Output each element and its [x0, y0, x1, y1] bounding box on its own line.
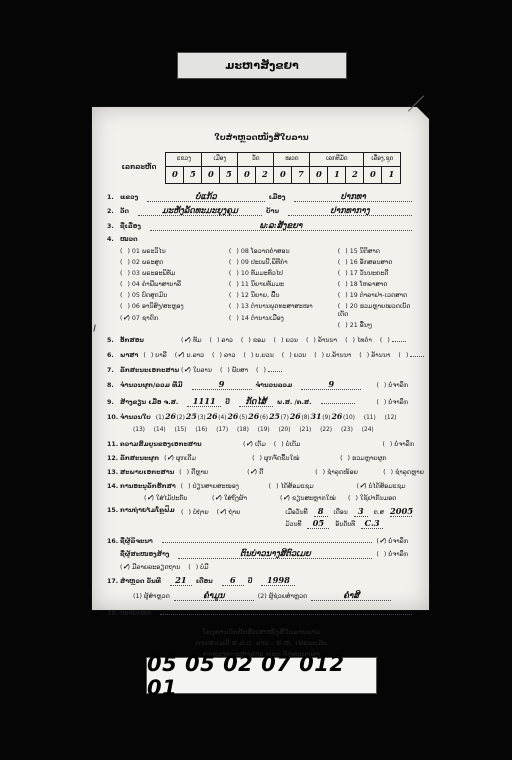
- checkbox-option: ( ): [380, 334, 406, 345]
- field-label: ຊື່ເລື່ອງ: [120, 223, 141, 231]
- code-table-digit-row: 0505020701201: [166, 167, 400, 183]
- checkbox-option: ( ) ບໍ່ຖ່າຍ: [181, 507, 209, 517]
- category-item: ( ) 11 ນິຍາຍທັມມະ: [229, 279, 338, 289]
- field-label: ຄວາມສົມບູນຂອງເອກະສານ: [120, 441, 238, 449]
- leaf-count-slot: (10): [343, 412, 364, 422]
- check-mark: ✓: [177, 350, 182, 359]
- code-digit-cell: 0: [310, 167, 328, 183]
- handwritten-leaf-count: 25: [186, 412, 197, 421]
- form-line-3: 3. ຊື່ເລື່ອງ ພ:ລ:ສັງຂຍາ: [107, 221, 416, 231]
- leaf-count-slot: (8)31: [301, 412, 322, 422]
- form-line-4: 4. ໝວດ: [107, 236, 416, 244]
- checkbox-option: ( ) ລ້ານນາ: [306, 335, 337, 345]
- microfilm-roll-line: ມ້ວນທີ 05 ອັນດັບທີ C.3: [285, 519, 416, 531]
- checkbox-option: ( ) ບ.ຍວນ: [243, 350, 273, 360]
- code-header-cell: ແຂວງ: [166, 153, 202, 167]
- empty-check: [382, 335, 387, 344]
- checkbox-option: (✓) ບໍ່ຈາລຶກ: [376, 536, 408, 546]
- category-list: ( ) 01 ພຣະວິໄນ( ) 02 ພຣະສູດ( ) 03 ພຣະອະພ…: [120, 246, 416, 332]
- language-options: ( ) ບາລີ(✓) ບ.ລາວ( ) ລາວ( ) ບ.ຍວນ( ) ຍວນ…: [143, 349, 432, 360]
- checkbox-option: ( ) ບາລີ: [143, 350, 166, 360]
- check-mark: ✓: [214, 493, 219, 502]
- footer-line-1: ໂຄງການປົກປັກຮັກສາໜັງສືໃບລານລາວ: [107, 627, 416, 638]
- checkbox-option: ( ) ລ້ານນາ: [359, 350, 390, 360]
- checkbox-option: ( ) ໄດ້ສ້ອມແຊມ: [269, 481, 353, 491]
- category-column-3: ( ) 15 ນິຕິສາດ( ) 16 ອັກສອນສາດ( ) 17 ວັນ…: [338, 246, 416, 332]
- category-item: ( ) 16 ອັກສອນສາດ: [338, 257, 416, 267]
- blank-option-line: [392, 334, 406, 342]
- empty-check: [340, 257, 345, 266]
- leaf-count-slots-1: (1)26(2)25(3)26(4)26(5)26(6)25(7)26(8)31…: [156, 412, 406, 422]
- handwritten-scribe-name: [162, 533, 373, 543]
- empty-check: [318, 467, 323, 476]
- field-label: ຈຳນວນລວມ: [256, 382, 293, 390]
- field-label: ແຂວງ: [120, 194, 138, 202]
- checkbox-option: ( ) ຊຳລຸດຫຼາຍ: [383, 467, 447, 477]
- code-digit-cell: 5: [184, 167, 202, 183]
- leaf-count-slot: (14): [154, 424, 175, 434]
- handwritten-total-count: 9: [301, 380, 361, 390]
- leaf-count-slot: (16): [195, 424, 216, 434]
- checkbox-option: ( ) ລາວ: [212, 350, 235, 360]
- leaf-count-slot: (3)26: [197, 412, 218, 422]
- empty-check: [385, 439, 390, 448]
- form-line-8: 8. ຈຳນວນຜູກ/ລວມ ທີ່ມີ 9 ຈຳນວນລວມ 9 ( ) ບ…: [107, 380, 416, 390]
- field-label: ຊື່ຜູ້ລິຈະນາ: [120, 538, 153, 546]
- check-mark: ✓: [167, 453, 172, 462]
- line-number: 18.: [107, 610, 120, 618]
- not-inscribed-option: ( ) ບໍ່ຈາລຶກ: [376, 380, 416, 390]
- field-label: (1) ຜູ້ສຳຫຼວດ: [133, 593, 170, 601]
- category-item: ( ) 19 ຕຳລາຢາ-ເວດສາດ: [338, 290, 416, 300]
- form-line-14b: (✓) ໃສ່ໄມ້ປະກັບ(✓) ໃສ່ຖົງຜ້າ(✓) ຂຽນສະຫຼາ…: [120, 493, 416, 503]
- footer-line-2: ການຮ່ວມມື ສ.ປ.ປ. ລາວ - ສ.ຫ. ເຢຍລະມັນ: [107, 638, 416, 649]
- code-digit-cell: 0: [166, 167, 184, 183]
- not-inscribed-option: ( ) ບໍ່ຈາລຶກ: [376, 397, 416, 407]
- field-label: ການຖ່າຍໄມໂຄຼຟິມ: [120, 507, 176, 515]
- leaf-count-slot: (9)26: [322, 412, 343, 422]
- field-label: ໝວດ: [120, 236, 138, 244]
- line-number: 5.: [107, 337, 120, 345]
- empty-check: [276, 439, 281, 448]
- form-title: ໃບສຳຫຼວດໜັງສືໃບລານ: [107, 133, 416, 143]
- empty-check: [284, 350, 289, 359]
- category-item: ( ) 05 ບົດສູດມົນ: [120, 290, 229, 300]
- code-table-grid: ແຂວງເມືອງວັດໝວດເລກທີມັດເລື່ອງ,ຊຸດ 050502…: [165, 152, 401, 184]
- leaf-count-slot: (11): [364, 412, 385, 422]
- leaf-count-slot: (6)25: [260, 412, 281, 422]
- leaf-count-slot: (4)26: [218, 412, 239, 422]
- checkbox-option: (✓) ໃສ່ໄມ້ປະກັບ: [144, 493, 208, 503]
- line-number: 13.: [107, 469, 120, 477]
- empty-check: [317, 350, 322, 359]
- handwritten-leaf-count: 26: [248, 412, 259, 421]
- category-item: ( ) 06 ອານິສົງ/ສະຫຼອງ: [120, 301, 229, 311]
- checkbox-option: ( ) ບໍ່ເຕັມ: [274, 439, 301, 449]
- empty-check: [243, 335, 248, 344]
- checkbox-option: (✓) ຂຽນສະຫຼາກໃໝ່: [280, 493, 344, 503]
- empty-check: [379, 549, 384, 558]
- field-label: ໝາຍເຫດ: [120, 610, 151, 618]
- form-line-14: 14. ການອະນຸລັກຮັກສາ ( ) ປ່ຽນສາຍສະໜອງ( ) …: [107, 481, 416, 491]
- check-mark: ✓: [245, 439, 250, 448]
- code-header-cell: ວັດ: [238, 153, 274, 167]
- field-label: ຈຳນວນຜູກ/ລວມ ທີ່ມີ: [120, 382, 183, 390]
- handwritten-leaf-count: 31: [311, 412, 322, 421]
- code-digit-cell: 0: [202, 167, 220, 183]
- script-options: (✓) ທັມ( ) ລາວ( ) ຂອມ( ) ຍວນ( ) ລ້ານນາ( …: [181, 334, 414, 345]
- empty-check: [340, 246, 345, 255]
- code-digit-cell: 1: [328, 167, 346, 183]
- check-mark: ✓: [122, 562, 127, 571]
- leaf-count-slot: (20): [279, 424, 300, 434]
- field-label: ສະພາບເອກະສານ: [120, 469, 174, 477]
- microfilm-details: ເມື່ອວັນທີ 8 ເດືອນ 3 ຄ.ສ 2005 ມ້ວນທີ 05 …: [285, 507, 416, 531]
- form-line-17b: (1) ຜູ້ສຳຫຼວດ ຄຳມູນ (2) ຜູ້ຊ່ວຍສຳຫຼວດ ຄຳ…: [120, 591, 416, 601]
- empty-check: [231, 268, 236, 277]
- check-mark: ✓: [379, 536, 384, 545]
- condition-options: ( ) ດີຫຼາຍ(✓) ດີ( ) ຊຳລຸດໜ້ອຍ( ) ຊຳລຸດຫຼ…: [179, 467, 451, 477]
- field-label: ຈຳນວນໃບ: [120, 414, 151, 422]
- code-table-header-row: ແຂວງເມືອງວັດໝວດເລກທີມັດເລື່ອງ,ຊຸດ: [166, 153, 400, 167]
- category-item: ( ) 20 ຮວມຫຼາຍໝວດເບັດເຕັດ: [338, 301, 416, 318]
- code-digit-cell: 2: [256, 167, 274, 183]
- form-line-11: 11. ຄວາມສົມບູນຂອງເອກະສານ (✓) ເຕັມ( ) ບໍ່…: [107, 439, 416, 449]
- checkbox-option: ( ) ຍວນ: [274, 335, 298, 345]
- leaf-count-slot: (23): [341, 424, 362, 434]
- leaf-count-slot: (13): [133, 424, 154, 434]
- handwritten-other-era: [321, 394, 355, 404]
- checkbox-option: ( ) ລາວ: [209, 335, 232, 345]
- leaf-count-slot: (7)26: [281, 412, 302, 422]
- field-label: ພ.ສ. /ຄ.ສ.: [277, 399, 312, 407]
- form-line-1: 1. ແຂວງ ບໍ່ແກ້ວ ເມືອງ ປາກທາ: [107, 192, 416, 202]
- handwritten-cyclical-year: ກັດໄສ້: [239, 397, 273, 407]
- line-number: 6.: [107, 352, 120, 360]
- empty-check: [340, 290, 345, 299]
- field-label: ເດືອນ: [196, 578, 213, 586]
- handwritten-fascicle-count: 9: [192, 380, 252, 390]
- checkbox-option: (✓) ໃສ່ຖົງຜ້າ: [212, 493, 276, 503]
- form-line-17: 17. ສຳຫຼວດ ວັນທີ 21 ເດືອນ 6 ປີ 1998: [107, 576, 416, 586]
- line-number: 4.: [107, 236, 120, 244]
- leaf-count-slot: (5)26: [239, 412, 260, 422]
- field-label: ເດືອນ: [334, 509, 348, 516]
- checkbox-option: ( ) ບໍ່ຈາລຶກ: [382, 439, 414, 449]
- completeness-options: (✓) ເຕັມ( ) ບໍ່ເຕັມ( ) ບໍ່ຈາລຶກ: [243, 439, 416, 449]
- handwritten-surveyor-name: ຄຳມູນ: [174, 591, 254, 601]
- category-item: (✓) 07 ຊາດົກ: [120, 313, 229, 323]
- checkbox-option: (✓) ບໍ່ໄດ້ສ້ອມແຊມ: [357, 481, 441, 491]
- checkbox-option: ( ) ຜູກຈັດຂຶ້ນໃໝ່: [252, 453, 336, 463]
- form-line-10b: (13)(14)(15)(16)(17)(18)(19)(20)(21)(22)…: [120, 424, 416, 434]
- handwritten-leaf-count: 26: [227, 412, 238, 421]
- empty-check: [340, 320, 345, 329]
- form-line-16b: ຊື່ຜູ້ສະໜອງສ້າງ ຕົນບ່າວນາງສີຕົວເມຍ ( ) ບ…: [107, 549, 416, 559]
- handwritten-roll-number: 05: [307, 519, 329, 529]
- line-number: 7.: [107, 367, 120, 375]
- checkbox-option: ( ) ໃຊ້ຢາກັນມອດ: [348, 493, 412, 503]
- empty-check: [308, 335, 313, 344]
- checkbox-option: ( ) ຮວມຫຼາຍຜູກ: [340, 453, 424, 463]
- checkbox-option: ( ) ຊຳລຸດໜ້ອຍ: [315, 467, 379, 477]
- code-digit-cell: 0: [238, 167, 256, 183]
- line-number: 11.: [107, 441, 120, 449]
- field-label: ພາສາ: [120, 352, 138, 360]
- corner-fold-mark: [416, 106, 430, 120]
- form-line-13: 13. ສະພາບເອກະສານ ( ) ດີຫຼາຍ(✓) ດີ( ) ຊຳລ…: [107, 467, 416, 477]
- checkbox-option: ( ) ບໍ່ຈາລຶກ: [376, 549, 408, 559]
- checkbox-option: (✓) ທັມ: [181, 335, 201, 345]
- form-line-6: 6. ພາສາ ( ) ບາລີ(✓) ບ.ລາວ( ) ລາວ( ) ບ.ຍວ…: [107, 349, 416, 360]
- empty-check: [222, 365, 227, 374]
- handwritten-story-title: ພ:ລ:ສັງຂຍາ: [150, 221, 412, 231]
- leaf-count-slot: (15): [175, 424, 196, 434]
- category-item: ( ) 09 ປະເພນີ,ພິທີກຳ: [229, 257, 338, 267]
- field-label: ອັນດັບທີ: [335, 521, 355, 528]
- code-header-cell: ເມືອງ: [202, 153, 238, 167]
- microfilm-date-line: ເມື່ອວັນທີ 8 ເດືອນ 3 ຄ.ສ 2005: [285, 507, 416, 519]
- checkbox-option: ( ) ໄທດຳ: [345, 335, 372, 345]
- empty-check: [231, 279, 236, 288]
- checkbox-option: ( ) ດີຫຼາຍ: [179, 467, 243, 477]
- code-table: ເລກລະຫັດ ແຂວງເມືອງວັດໝວດເລກທີມັດເລື່ອງ,ຊ…: [107, 152, 416, 184]
- empty-check: [276, 335, 281, 344]
- checkbox-option: (✓) ບ.ລາວ: [175, 350, 204, 360]
- form-line-15: 15. ການຖ່າຍໄມໂຄຼຟິມ ( ) ບໍ່ຖ່າຍ(✓) ຖ່າຍ …: [107, 507, 416, 531]
- category-item: ( ) 18 ໂຫຣາສາດ: [338, 279, 416, 289]
- field-label: ປີ: [225, 399, 230, 407]
- empty-check: [215, 350, 220, 359]
- empty-check: [191, 562, 196, 571]
- leaf-count-slot: (12): [385, 412, 406, 422]
- line-number: 10.: [107, 414, 120, 422]
- code-label-strip: 05 05 02 07 012 01: [146, 657, 377, 694]
- empty-check: [379, 380, 384, 389]
- category-item: ( ) 21 ອື່ນໆ: [338, 320, 416, 330]
- empty-check: [122, 257, 127, 266]
- leaf-count-slot: (19): [258, 424, 279, 434]
- leaf-count-slot: (24): [362, 424, 383, 434]
- leaf-count-slot: (22): [320, 424, 341, 434]
- category-item: ( ) 01 ພຣະວິໄນ: [120, 246, 229, 256]
- bundle-options: (✓) ຜູກເດີມ( ) ຜູກຈັດຂຶ້ນໃໝ່( ) ຮວມຫຼາຍຜ…: [164, 453, 428, 463]
- empty-check: [231, 246, 236, 255]
- check-mark: ✓: [122, 313, 127, 322]
- blank-option-line: [268, 364, 282, 372]
- category-item: ( ) 12 ນິຍາຍ, ພື້ນ: [229, 290, 338, 300]
- empty-check: [362, 350, 367, 359]
- field-label: ຊື່ຜູ້ສະໜອງສ້າງ: [120, 551, 169, 559]
- field-label: ການອະນຸລັກຮັກສາ: [120, 483, 176, 491]
- line-number: 3.: [107, 223, 120, 231]
- blank-option-line: [410, 349, 424, 357]
- microfilm-options: ( ) ບໍ່ຖ່າຍ(✓) ຖ່າຍ: [181, 507, 248, 517]
- empty-check: [231, 257, 236, 266]
- checkbox-option: ( ) ຍວນ: [282, 350, 306, 360]
- checkbox-option: ( ) ບໍ່ມີ: [188, 562, 208, 572]
- empty-check: [343, 453, 348, 462]
- handwritten-survey-day: 21: [170, 576, 192, 586]
- checkbox-option: ( ) ບໍ່ຈາລຶກ: [376, 397, 408, 407]
- category-item: ( ) 10 ທັມມະທົ່ວໄປ: [229, 268, 338, 278]
- checkbox-option: ( ) ປ່ຽນສາຍສະໜອງ: [181, 481, 265, 491]
- leaf-count-slot: (17): [216, 424, 237, 434]
- survey-form-paper: ໃບສຳຫຼວດໜັງສືໃບລານ ເລກລະຫັດ ແຂວງເມືອງວັດ…: [92, 107, 429, 610]
- handwritten-survey-month: 6: [222, 576, 244, 586]
- category-item: ( ) 15 ນິຕິສາດ: [338, 246, 416, 256]
- material-options: (✓) ໃບລານ( ) ພັບສາ( ): [181, 364, 290, 375]
- handwritten-leaf-count: 26: [331, 412, 342, 421]
- empty-check: [271, 481, 276, 490]
- form-line-18: 18. ໝາຍເຫດ: [107, 605, 416, 618]
- empty-check: [122, 268, 127, 277]
- code-header-cell: ໝວດ: [274, 153, 310, 167]
- line-number: 1.: [107, 194, 120, 202]
- check-mark: ✓: [183, 365, 188, 374]
- field-label: ວັດ: [120, 208, 129, 216]
- empty-check: [255, 453, 260, 462]
- handwritten-monastery: ມະຫັງລັດທະມະຍຸງຄຸມ: [138, 206, 262, 216]
- code-digit-cell: 1: [382, 167, 400, 183]
- code-digit-cell: 7: [292, 167, 310, 183]
- check-mark: ✓: [359, 481, 364, 490]
- line-number: 16.: [107, 538, 120, 546]
- handwritten-remarks: [160, 605, 412, 615]
- form-line-12: 12. ລັກສະນະຜູກ (✓) ຜູກເດີມ( ) ຜູກຈັດຂຶ້ນ…: [107, 453, 416, 463]
- checkbox-option: (✓) ມີລາຍລະອຽດຖານ: [120, 562, 180, 572]
- handwritten-film-year: 2005: [390, 507, 412, 517]
- check-mark: ✓: [183, 335, 188, 344]
- check-mark: ✓: [282, 493, 287, 502]
- empty-check: [350, 493, 355, 502]
- empty-check: [340, 268, 345, 277]
- handwritten-leaf-count: 26: [290, 412, 301, 421]
- line-number: 14.: [107, 483, 120, 491]
- handwritten-village: ປາກທາກາງ: [288, 206, 412, 216]
- category-item: ( ) 03 ພຣະອະພິທັມ: [120, 268, 229, 278]
- colophon-options: (✓) ມີລາຍລະອຽດຖານ( ) ບໍ່ມີ: [120, 562, 217, 572]
- checkbox-option: ( ): [256, 364, 282, 375]
- empty-check: [379, 397, 384, 406]
- category-item: ( ) 08 ໂອວາດຄຳສອນ: [229, 246, 338, 256]
- empty-check: [182, 467, 187, 476]
- line-number: 12.: [107, 455, 120, 463]
- line-number: 2.: [107, 208, 120, 216]
- field-label: ລັກສະນະເອກະສານ: [120, 367, 176, 375]
- handwritten-sponsor-name: ຕົນບ່າວນາງສີຕົວເມຍ: [178, 549, 372, 559]
- checkbox-option: (✓) ຜູກເດີມ: [164, 453, 248, 463]
- conservation-options-1: ( ) ປ່ຽນສາຍສະໜອງ( ) ໄດ້ສ້ອມແຊມ(✓) ບໍ່ໄດ້…: [181, 481, 445, 491]
- check-mark: ✓: [250, 467, 255, 476]
- code-header-cell: ເລື່ອງ,ຊຸດ: [364, 153, 400, 167]
- handwritten-leaf-count: 26: [165, 412, 176, 421]
- check-mark: ✓: [219, 507, 224, 516]
- empty-check: [212, 335, 217, 344]
- empty-check: [122, 279, 127, 288]
- checkbox-option: ( ) ຂອມ: [241, 335, 266, 345]
- field-label: ເມືອງ: [269, 194, 286, 202]
- handwritten-assistant-name: ຄຳສີ: [311, 591, 391, 601]
- code-digit-cell: 0: [274, 167, 292, 183]
- leaf-count-slots-2: (13)(14)(15)(16)(17)(18)(19)(20)(21)(22)…: [133, 424, 383, 434]
- empty-check: [386, 467, 391, 476]
- handwritten-item-number: C.3: [361, 519, 383, 529]
- field-label: ມ້ວນທີ: [285, 521, 301, 528]
- empty-check: [258, 365, 263, 374]
- leaf-count-slot: (1)26: [156, 412, 177, 422]
- code-digit-cell: 0: [364, 167, 382, 183]
- checkbox-option: (✓) ເຕັມ: [243, 439, 266, 449]
- scanned-photo-background: ມະຫາສັງຂຍາ ໃບສຳຫຼວດໜັງສືໃບລານ ເລກລະຫັດ ແ…: [0, 0, 512, 760]
- code-label-text: 05 05 02 07 012 01: [147, 652, 376, 700]
- checkbox-option: (✓) ໃບລານ: [181, 365, 212, 375]
- empty-check: [340, 279, 345, 288]
- category-column-2: ( ) 08 ໂອວາດຄຳສອນ( ) 09 ປະເພນີ,ພິທີກຳ( )…: [229, 246, 338, 332]
- category-item: ( ) 02 ພຣະສູດ: [120, 257, 229, 267]
- handwritten-province: ບໍ່ແກ້ວ: [147, 192, 265, 202]
- field-label: ປີ: [248, 578, 253, 586]
- category-item: ( ) 04 ຄຳພີພາສາບາລີ: [120, 279, 229, 289]
- checkbox-option: (✓) ດີ: [247, 467, 311, 477]
- empty-check: [183, 507, 188, 516]
- field-label: ຄ.ສ: [374, 509, 384, 516]
- check-mark: ✓: [146, 493, 151, 502]
- leaf-count-slot: (18): [237, 424, 258, 434]
- line-number: 15.: [107, 507, 120, 515]
- manuscript-title-text: ມະຫາສັງຂຍາ: [225, 59, 298, 72]
- form-line-9: 9. ສ້າງຂຽນ ເມື່ອ ຈ.ສ. 1111 ປີ ກັດໄສ້ ພ.ສ…: [107, 394, 416, 407]
- code-digit-cell: 5: [220, 167, 238, 183]
- field-label: ສຳຫຼວດ ວັນທີ: [120, 578, 161, 586]
- leaf-count-slot: (21): [299, 424, 320, 434]
- empty-check: [122, 246, 127, 255]
- empty-check: [401, 350, 406, 359]
- line-number: 17.: [107, 578, 120, 586]
- empty-check: [231, 313, 236, 322]
- line-number: 8.: [107, 382, 120, 390]
- scribe-not-inscribed-option: (✓) ບໍ່ຈາລຶກ: [376, 536, 416, 546]
- checkbox-option: (✓) ຖ່າຍ: [217, 507, 241, 517]
- form-line-7: 7. ລັກສະນະເອກະສານ (✓) ໃບລານ( ) ພັບສາ( ): [107, 364, 416, 375]
- form-line-2: 2. ວັດ ມະຫັງລັດທະມະຍຸງຄຸມ ບ້ານ ປາກທາກາງ: [107, 206, 416, 216]
- empty-check: [183, 481, 188, 490]
- empty-check: [122, 290, 127, 299]
- category-item: ( ) 13 ຕຳນານພຸດທະສາສະໜາ: [229, 301, 338, 311]
- handwritten-film-month: 3: [354, 507, 368, 517]
- form-line-5: 5. ອັກສອນ (✓) ທັມ( ) ລາວ( ) ຂອມ( ) ຍວນ( …: [107, 334, 416, 345]
- empty-check: [146, 350, 151, 359]
- empty-check: [231, 301, 236, 310]
- field-label: ສ້າງຂຽນ ເມື່ອ ຈ.ສ.: [120, 399, 178, 407]
- handwritten-leaf-count: 26: [207, 412, 218, 421]
- checkbox-option: ( ) ບໍ່ຈາລຶກ: [376, 380, 408, 390]
- field-label: ເມື່ອວັນທີ: [285, 509, 307, 516]
- category-item: ( ) 17 ວັນນະຄະດີ: [338, 268, 416, 278]
- field-label: (2) ຜູ້ຊ່ວຍສຳຫຼວດ: [258, 593, 307, 601]
- category-column-1: ( ) 01 ພຣະວິໄນ( ) 02 ພຣະສູດ( ) 03 ພຣະອະພ…: [120, 246, 229, 332]
- field-label: ລັກສະນະຜູກ: [120, 455, 159, 463]
- line-number: 9.: [107, 399, 120, 407]
- form-line-10: 10. ຈຳນວນໃບ (1)26(2)25(3)26(4)26(5)26(6)…: [107, 412, 416, 422]
- field-label: ບ້ານ: [266, 208, 279, 216]
- code-table-label: ເລກລະຫັດ: [122, 164, 157, 172]
- code-header-cell: ເລກທີມັດ: [310, 153, 364, 167]
- sponsor-not-inscribed-option: ( ) ບໍ່ຈາລຶກ: [376, 549, 416, 559]
- handwritten-cs-year: 1111: [187, 397, 221, 407]
- empty-check: [340, 301, 345, 310]
- handwritten-district: ປາກທາ: [294, 192, 412, 202]
